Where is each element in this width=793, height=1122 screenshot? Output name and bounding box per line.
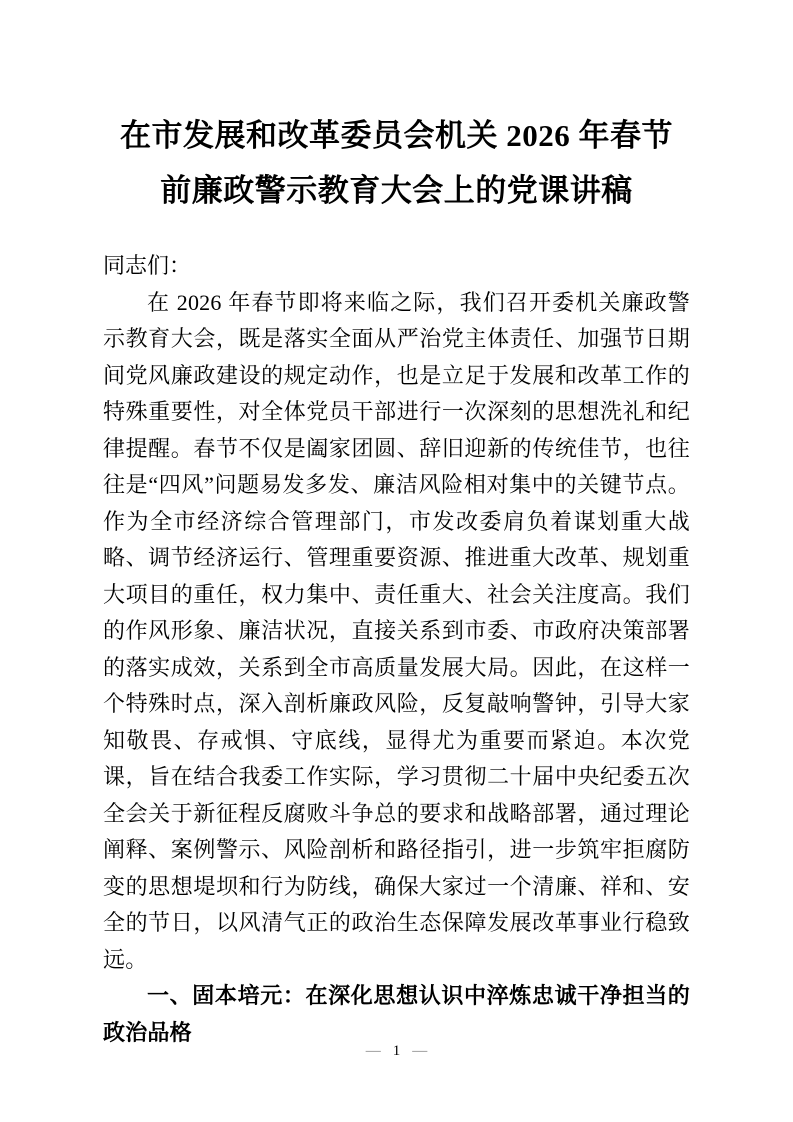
footer-dash-right: — <box>412 1043 427 1059</box>
document-title-line-2: 前廉政警示教育大会上的党课讲稿 <box>103 163 690 218</box>
document-title: 在市发展和改革委员会机关 2026 年春节 前廉政警示教育大会上的党课讲稿 <box>103 108 690 218</box>
salutation: 同志们： <box>103 248 690 285</box>
section-heading-1: 一、固本培元：在深化思想认识中淬炼忠诚干净担当的政治品格 <box>103 978 690 1051</box>
document-content: 在市发展和改革委员会机关 2026 年春节 前廉政警示教育大会上的党课讲稿 同志… <box>103 108 690 1051</box>
footer-dash-left: — <box>366 1043 381 1059</box>
page-footer: —1— <box>0 1042 793 1060</box>
opening-paragraph: 在 2026 年春节即将来临之际，我们召开委机关廉政警示教育大会，既是落实全面从… <box>103 285 690 979</box>
document-title-line-1: 在市发展和改革委员会机关 2026 年春节 <box>103 108 690 163</box>
document-page: 在市发展和改革委员会机关 2026 年春节 前廉政警示教育大会上的党课讲稿 同志… <box>0 0 793 1122</box>
page-number: 1 <box>393 1042 401 1060</box>
